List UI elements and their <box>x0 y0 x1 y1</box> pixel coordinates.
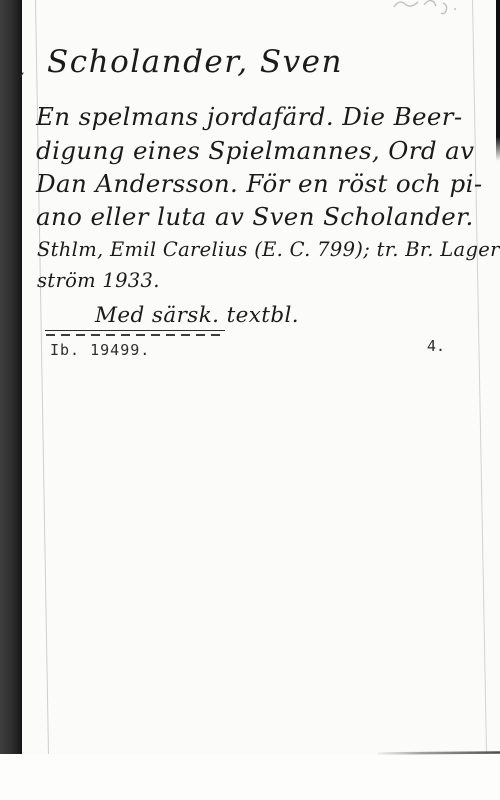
margin-ink-mark: , <box>20 60 25 78</box>
title-line-1: En spelmans jordafärd. Die Beer- <box>36 102 463 131</box>
note-text: Med särsk. textbl. <box>95 303 299 328</box>
scan-bottom-line <box>378 753 500 754</box>
title-line-2: digung eines Spielmannes, Ord av <box>36 136 474 165</box>
imprint-line-2: ström 1933. <box>37 269 160 292</box>
shelfmark: Ib. 19499. <box>50 341 150 359</box>
note-underline <box>45 330 225 331</box>
imprint-line-1: Sthlm, Emil Carelius (E. C. 799); tr. Br… <box>37 238 500 261</box>
note-underline-dashed <box>46 334 224 336</box>
faint-scribble-icon <box>394 1 456 14</box>
page-number: 4. <box>427 337 445 355</box>
title-line-4: ano eller luta av Sven Scholander. <box>36 202 474 231</box>
catalog-card-scan: , Scholander, Sven En spelmans jordafärd… <box>0 0 500 800</box>
title-line-3: Dan Andersson. För en röst och pi- <box>36 169 483 198</box>
heading-author: Scholander, Sven <box>47 44 343 80</box>
